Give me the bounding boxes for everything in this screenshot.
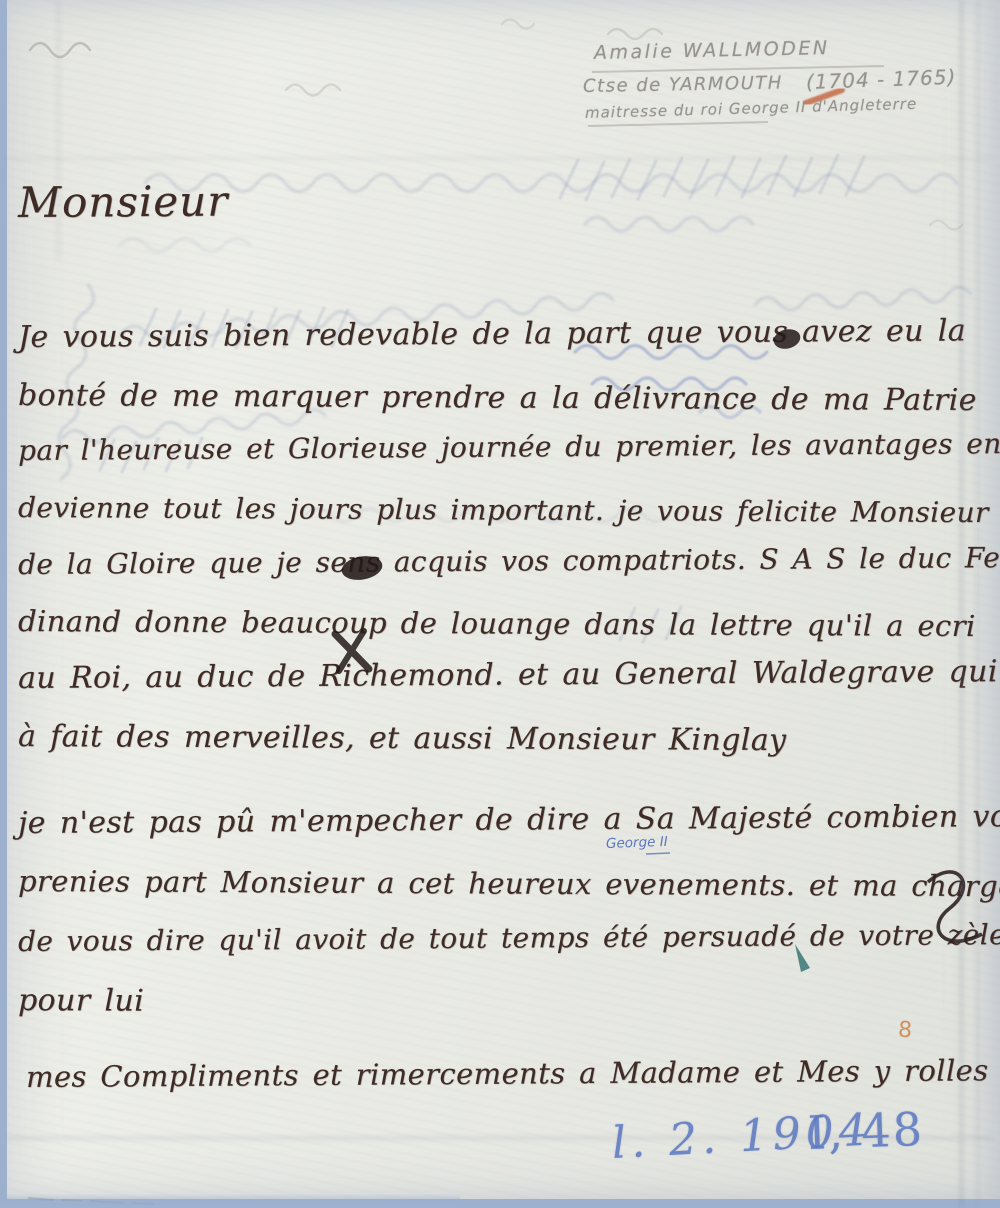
letter-line: devienne tout les jours plus important. … — [18, 491, 989, 529]
annotation-title: Ctse de YARMOUTH — [583, 73, 783, 97]
letter-line: de vous dire qu'il avoit de tout temps é… — [18, 918, 1000, 958]
catalog-ref-note: I, 48 — [807, 1102, 925, 1160]
letter-line: pour lui — [18, 983, 144, 1019]
letter-line: par l'heureuse et Glorieuse journée du p… — [18, 427, 1000, 467]
letter-line: bonté de me marquer prendre a la délivra… — [18, 378, 977, 418]
letter-line: je n'est pas pû m'empecher de dire a Sa … — [18, 799, 1000, 841]
letter-line: de la Gloire que je sens acquis vos comp… — [18, 541, 1000, 581]
letter-line: mes Compliments et rimercements a Madame… — [26, 1053, 989, 1094]
page-number-mark: 8 — [897, 1018, 913, 1044]
letter-line: Je vous suis bien redevable de la part q… — [18, 313, 966, 355]
letter-scan-page: { "document": { "kind": "scanned handwri… — [0, 0, 1000, 1208]
scan-edge-shadow — [0, 1194, 460, 1208]
letter-line: à fait des merveilles, et aussi Monsieur… — [18, 719, 787, 758]
king-identification-note: George II — [606, 834, 668, 852]
letter-line: au Roi, au duc de Richemond. et au Gener… — [18, 654, 998, 696]
letter-greeting: Monsieur — [18, 177, 229, 227]
letter-line: dinand donne beaucoup de louange dans la… — [18, 604, 976, 643]
letter-line: prenies part Monsieur a cet heureux even… — [18, 864, 1000, 903]
